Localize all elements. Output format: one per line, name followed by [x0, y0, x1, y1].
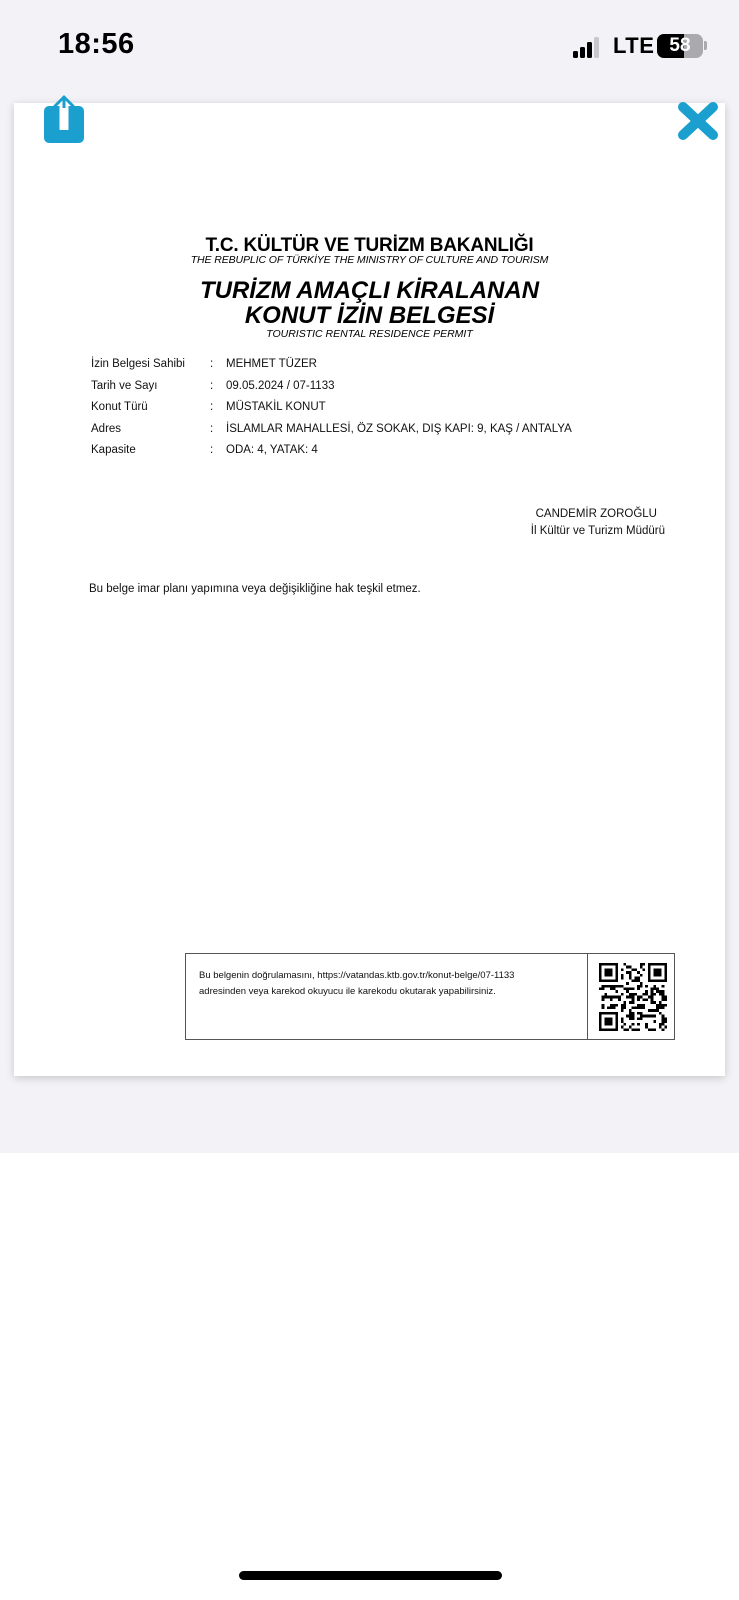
field-row: Adres : İSLAMLAR MAHALLESİ, ÖZ SOKAK, DI… — [91, 423, 691, 445]
signatory-name: CANDEMİR ZOROĞLU — [480, 506, 657, 523]
cellular-signal-icon — [573, 36, 605, 58]
verification-divider — [587, 954, 588, 1039]
permit-title-line2: KONUT İZİN BELGESİ — [0, 302, 739, 330]
field-row: Konut Türü : MÜSTAKİL KONUT — [91, 401, 691, 423]
signature-block: CANDEMİR ZOROĞLU İl Kültür ve Turizm Müd… — [480, 506, 665, 540]
field-row: Kapasite : ODA: 4, YATAK: 4 — [91, 444, 691, 466]
disclaimer-text: Bu belge imar planı yapımına veya değişi… — [89, 583, 421, 595]
home-indicator[interactable] — [239, 1571, 502, 1580]
signatory-title: İl Kültür ve Turizm Müdürü — [480, 523, 665, 540]
field-label: Konut Türü — [91, 401, 148, 413]
share-button[interactable] — [44, 94, 86, 146]
network-type: LTE — [613, 33, 654, 59]
battery-icon: 58 — [657, 34, 703, 58]
verification-box: Bu belgenin doğrulamasını, https://vatan… — [185, 953, 675, 1040]
qr-code-icon — [599, 963, 667, 1031]
field-label: İzin Belgesi Sahibi — [91, 358, 185, 370]
field-label: Tarih ve Sayı — [91, 380, 157, 392]
field-label: Kapasite — [91, 444, 136, 456]
status-time: 18:56 — [58, 28, 135, 61]
field-value: MEHMET TÜZER — [226, 358, 317, 370]
battery-tip — [704, 41, 707, 50]
battery-percent: 58 — [657, 34, 703, 58]
field-label: Adres — [91, 423, 121, 435]
field-value: İSLAMLAR MAHALLESİ, ÖZ SOKAK, DIŞ KAPI: … — [226, 423, 572, 435]
field-row: Tarih ve Sayı : 09.05.2024 / 07-1133 — [91, 380, 691, 402]
field-value: 09.05.2024 / 07-1133 — [226, 380, 335, 392]
ministry-name-english: THE REBUPLIC OF TÜRKİYE THE MINISTRY OF … — [0, 254, 739, 266]
field-row: İzin Belgesi Sahibi : MEHMET TÜZER — [91, 358, 691, 380]
permit-title-english: TOURISTIC RENTAL RESIDENCE PERMIT — [0, 328, 739, 340]
permit-title-line1: TURİZM AMAÇLI KİRALANAN — [0, 277, 739, 305]
field-value: MÜSTAKİL KONUT — [226, 401, 326, 413]
share-icon — [44, 94, 86, 146]
field-value: ODA: 4, YATAK: 4 — [226, 444, 318, 456]
permit-fields: İzin Belgesi Sahibi : MEHMET TÜZER Tarih… — [91, 358, 691, 466]
close-button[interactable] — [676, 101, 720, 141]
close-icon — [676, 101, 720, 141]
verification-text: Bu belgenin doğrulamasını, https://vatan… — [199, 968, 579, 1000]
status-bar: 18:56 LTE 58 — [0, 0, 739, 95]
